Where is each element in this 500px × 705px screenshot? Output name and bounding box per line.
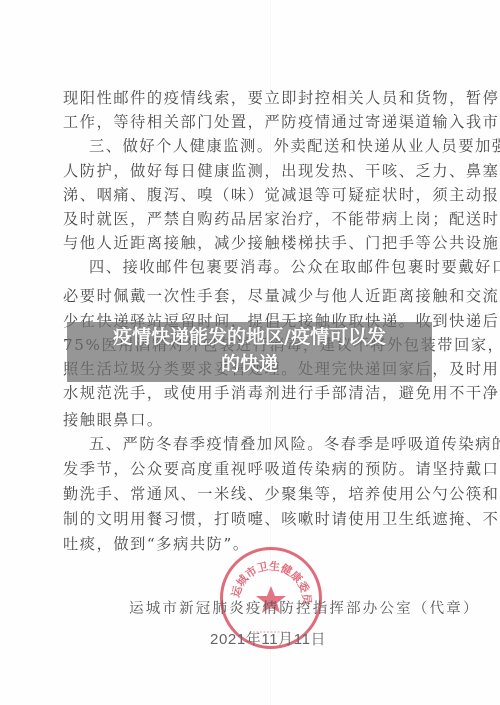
body-line: 必要时佩戴一次性手套，尽量减少与他人近距离接触和交流，减 bbox=[63, 286, 441, 306]
body-line: 勤洗手、常通风、一米线、少聚集等，培养使用公勺公筷和分餐 bbox=[63, 484, 441, 504]
paragraph-4-start: 四、接收邮件包裹要消毒。公众在取邮件包裹时要戴好口罩， bbox=[89, 257, 441, 277]
issuing-authority-signature: 运城市新冠肺炎疫情防控指挥部办公室（代章） bbox=[129, 597, 409, 618]
issue-date: 2021年11月11日 bbox=[210, 628, 326, 649]
paragraph-5-start: 五、严防冬春季疫情叠加风险。冬春季是呼吸道传染病的高 bbox=[89, 434, 441, 454]
body-line: 水规范洗手，或使用手消毒剂进行手部清洁，避免用不干净的手 bbox=[63, 383, 441, 403]
body-line: 及时就医，严禁自购药品居家治疗，不能带病上岗；配送时避免 bbox=[63, 209, 441, 229]
body-line: 与他人近距离接触，减少接触楼梯扶手、门把手等公共设施。 bbox=[63, 233, 441, 253]
body-line: 现阳性邮件的疫情线索，要立即封控相关人员和货物，暂停经营 bbox=[63, 88, 441, 108]
body-line: 发季节，公众要高度重视呼吸道传染病的预防。请坚持戴口罩、 bbox=[63, 459, 441, 479]
body-line: 人防护，做好每日健康监测，出现发热、干咳、乏力、鼻塞、流 bbox=[63, 161, 441, 181]
body-line: 涕、咽痛、腹泻、嗅（味）觉减退等可疑症状时，须主动报告、 bbox=[63, 185, 441, 205]
body-line: 接触眼鼻口。 bbox=[63, 410, 441, 430]
body-line: 工作，等待相关部门处置，严防疫情通过寄递渠道输入我市。 bbox=[63, 112, 441, 132]
body-line: 吐痰，做到“多病共防”。 bbox=[63, 534, 441, 554]
paragraph-3-start: 三、做好个人健康监测。外卖配送和快递从业人员要加强个 bbox=[89, 136, 441, 156]
body-line: 制的文明用餐习惯，打喷嚏、咳嗽时请使用卫生纸遮掩、不随地 bbox=[63, 509, 441, 529]
article-title: 疫情快递能发的地区/疫情可以发的快递 bbox=[67, 324, 432, 378]
